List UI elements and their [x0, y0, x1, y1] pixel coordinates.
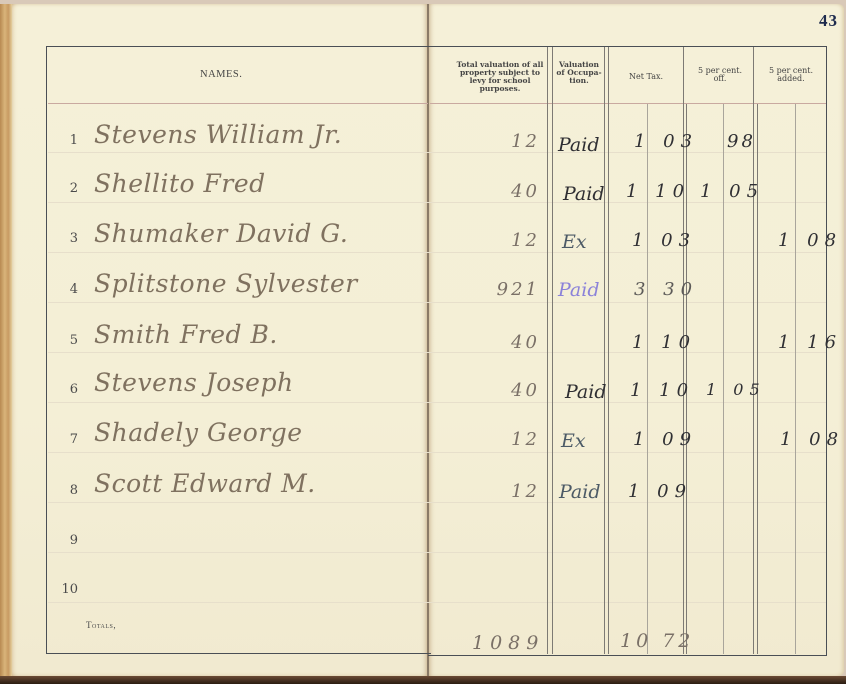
five-added-header: 5 per cent. added.	[762, 67, 820, 83]
row-number: 6	[56, 382, 78, 397]
row-rule	[48, 302, 826, 303]
five-added-cell: 1 08	[778, 230, 842, 251]
taxpayer-name: Shadely George	[94, 418, 303, 447]
column-divider	[608, 47, 609, 654]
row-rule	[48, 402, 826, 403]
column-divider	[547, 47, 548, 654]
occupation-cell: Paid	[563, 183, 605, 205]
valuation-cell: 40	[480, 181, 540, 202]
taxpayer-name: Smith Fred B.	[94, 320, 278, 349]
book-cover-edge	[0, 676, 846, 684]
taxpayer-name: Scott Edward M.	[94, 469, 316, 498]
row-number: 2	[56, 181, 78, 196]
total-valuation: 1089	[472, 632, 544, 654]
row-rule	[48, 202, 826, 203]
net-tax-cell: 1 10	[630, 380, 694, 401]
total-valuation-header: Total valuation of all property subject …	[456, 61, 544, 93]
row-rule	[48, 602, 826, 603]
net-tax-cell: 1 10	[626, 181, 690, 202]
occupation-cell: Paid	[558, 134, 600, 156]
taxpayer-name: Stevens Joseph	[94, 368, 294, 397]
header-rule-left	[48, 103, 428, 104]
five-added-cell: 1 08	[780, 429, 844, 450]
taxpayer-name: Splitstone Sylvester	[94, 269, 358, 298]
header-rule-right	[430, 103, 826, 104]
row-number: 4	[56, 282, 78, 297]
occupation-cell: Ex	[561, 430, 586, 452]
page-edges	[0, 4, 12, 676]
net-tax-header: Net Tax.	[609, 73, 683, 81]
row-number: 3	[56, 231, 78, 246]
valuation-cell: 921	[480, 279, 540, 300]
five-off-header: 5 per cent. off.	[696, 67, 744, 83]
taxpayer-name: Stevens William Jr.	[94, 120, 342, 149]
five-off-cell: 98	[727, 131, 756, 152]
cents-divider	[795, 104, 796, 654]
row-number: 5	[56, 333, 78, 348]
occupation-cell: Paid	[559, 481, 601, 503]
valuation-cell: 40	[480, 380, 540, 401]
occupation-cell: Paid	[565, 381, 607, 403]
valuation-cell: 12	[480, 230, 540, 251]
valuation-cell: 12	[480, 429, 540, 450]
row-number: 10	[56, 582, 78, 597]
row-rule	[48, 502, 826, 503]
row-number: 7	[56, 432, 78, 447]
taxpayer-name: Shumaker David G.	[94, 219, 348, 248]
column-divider	[604, 47, 605, 654]
row-rule	[48, 152, 826, 153]
row-rule	[48, 352, 826, 353]
total-net-tax: 10 72	[620, 630, 694, 652]
row-rule	[48, 252, 826, 253]
occupation-cell: Paid	[558, 279, 600, 301]
occupation-cell: Ex	[562, 231, 587, 253]
totals-label: Totals,	[86, 620, 116, 630]
column-divider	[552, 47, 553, 654]
valuation-cell: 12	[480, 131, 540, 152]
ledger-book: 43 NAMES. Total valuation of all propert…	[0, 0, 846, 684]
page-number: 43	[819, 11, 838, 31]
net-tax-cell: 1 09	[628, 481, 692, 502]
row-number: 9	[56, 533, 78, 548]
net-tax-cell: 3 30	[634, 279, 698, 300]
valuation-cell: 40	[480, 332, 540, 353]
row-rule	[48, 552, 826, 553]
row-number: 8	[56, 483, 78, 498]
taxpayer-name: Shellito Fred	[94, 169, 266, 198]
five-added-cell: 1 16	[778, 332, 842, 353]
net-tax-cell: 1 09	[633, 429, 697, 450]
valuation-occupation-header: Valuation of Occupa-tion.	[554, 61, 604, 85]
names-column-header: NAMES.	[200, 69, 242, 80]
five-off-cell: 1 05	[706, 380, 766, 399]
row-number: 1	[56, 133, 78, 148]
net-tax-cell: 1 03	[634, 131, 698, 152]
net-tax-cell: 1 10	[632, 332, 696, 353]
net-tax-cell: 1 03	[632, 230, 696, 251]
five-off-cell: 1 05	[700, 181, 764, 202]
row-rule	[48, 452, 826, 453]
valuation-cell: 12	[480, 481, 540, 502]
